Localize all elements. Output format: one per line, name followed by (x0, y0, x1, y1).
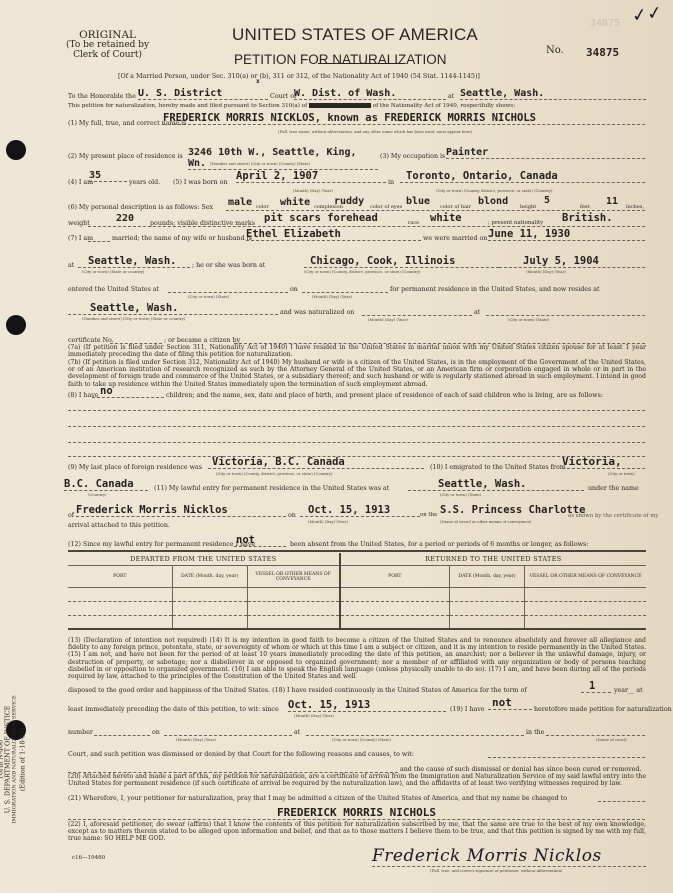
foreign-residence-hint: (City or town) (County, district, provin… (216, 471, 333, 476)
petition-number-label: number (68, 729, 93, 736)
court-of-label: Court of (270, 93, 296, 100)
entered-label: entered the United States at (68, 286, 159, 293)
emigrated-country-field: B.C. Canada (64, 478, 148, 491)
petition-number-blank (94, 735, 150, 736)
absence-field: not (234, 534, 286, 547)
table-cell (68, 602, 172, 616)
table-row (68, 588, 646, 602)
residence-term-text: disposed to the good order and happiness… (68, 687, 527, 694)
description-rule (226, 210, 645, 211)
paragraph-21-text: (21) Wherefore, I, your petitioner for n… (68, 795, 567, 802)
hair-field: blond (478, 196, 508, 207)
prior-petition-field: not (488, 696, 532, 710)
column-header: DATE (Month, day, year) (449, 566, 524, 588)
permanent-label: for permanent residence in the United St… (390, 286, 600, 293)
court-name-field: U. S. District (138, 88, 268, 100)
under-name-label: under the name (588, 485, 639, 492)
race-field: white (430, 212, 462, 224)
naturalized-place-blank (486, 315, 645, 316)
weight-label: weight (68, 220, 90, 227)
nat-at-label: at (474, 309, 480, 316)
in-label: in (388, 179, 394, 186)
emigrated-from-field: Victoria, (562, 455, 645, 469)
paragraph-7a: (7a) (If petition is filed under Section… (68, 344, 646, 358)
table-cell (340, 602, 450, 616)
country-hint: (Country) (88, 492, 107, 497)
returned-header: RETURNED TO THE UNITED STATES (340, 553, 646, 566)
paragraphs-13-17: (13) (Declaration of intention not requi… (68, 637, 646, 680)
spouse-born-label: ; he or she was born at (192, 262, 265, 269)
entered-on-label: on (290, 286, 298, 293)
paragraph-20: (20) Attached hereto and made a part of … (68, 773, 646, 787)
court-hint: (Name of court) (596, 737, 627, 742)
marriage-place-hint: (City or town) (State or country) (82, 269, 144, 274)
table-cell (525, 602, 646, 616)
of-label: of (68, 512, 74, 519)
entered-hint: (City or town) (State) (188, 294, 229, 299)
signature-line (372, 866, 646, 867)
prior-place-blank (306, 735, 524, 736)
naturalized-hint: (Month) (Day) (Year) (368, 317, 408, 322)
punch-hole (6, 315, 26, 335)
form-sidebar: Form N-406 U. S. DEPARTMENT OF JUSTICE I… (0, 679, 26, 839)
children-count-field: no (92, 385, 164, 398)
court-location-field: Seattle, Wash. (460, 88, 646, 100)
table-cell (172, 588, 247, 602)
color-field: white (280, 197, 310, 208)
entry-place-field: Seattle, Wash. (408, 478, 584, 491)
prior-at-label: at (294, 729, 300, 736)
marriage-date-field: June 11, 1930 (488, 228, 645, 241)
lawful-entry-label: (11) My lawful entry for permanent resid… (154, 485, 389, 492)
paragraph-7b: (7b) (If petition is filed under Section… (68, 359, 646, 388)
redaction-block (309, 103, 371, 108)
departed-header: DEPARTED FROM THE UNITED STATES (68, 553, 340, 566)
at-label: at (448, 93, 454, 100)
marks-field: pit scars forehead (264, 212, 378, 224)
height-feet-field: 5 (544, 195, 550, 206)
statute-reference: [Of a Married Person, under Sec. 310(a) … (118, 72, 480, 80)
full-name-field: FREDERICK MORRIS NICKLOS, known as FREDE… (163, 112, 645, 125)
petitioner-signature: Frederick Morris Nicklos (372, 846, 602, 866)
entry-date-field: Oct. 15, 1913 (300, 504, 420, 517)
description-rule-2 (88, 226, 645, 227)
on-the-label: on the (420, 512, 437, 518)
children-blank-line (68, 410, 645, 411)
column-header: PORT (340, 566, 450, 588)
children-blank-line (68, 442, 645, 443)
prior-petition-text: heretofore made petition for naturalizat… (534, 706, 672, 713)
occupation-label: (3) My occupation is (380, 153, 445, 160)
married-on-label: we were married on (423, 235, 487, 242)
since-hint: (Month) (Day) (Year) (294, 713, 334, 718)
spouse-name-field: Ethel Elizabeth (246, 228, 421, 241)
spouse-birthplace-field: Chicago, Cook, Illinois (304, 255, 499, 268)
spouse-birthplace-hint: (City or town) (County, district, provin… (304, 269, 421, 274)
court-to-label: To the Honorable the (68, 93, 136, 100)
residence-years-field: 1 (581, 680, 611, 693)
new-name-blank (598, 801, 645, 802)
table-cell (449, 588, 524, 602)
prior-petition-label: (19) I have (450, 706, 485, 713)
dismissed-blank (488, 757, 645, 758)
naturalized-label: and was naturalized on (280, 309, 354, 316)
column-header: PORT (68, 566, 172, 588)
entry-on-label: on (288, 512, 296, 519)
foreign-residence-label: (9) My last place of foreign residence w… (68, 464, 202, 471)
married-blank (88, 241, 110, 242)
absence-table: DEPARTED FROM THE UNITED STATES RETURNED… (68, 553, 646, 630)
number-label: No. (546, 45, 564, 56)
table-cell (68, 588, 172, 602)
column-header: DATE (Month, day, year) (172, 566, 247, 588)
edition: (Edition of 1-18-41) (19, 679, 26, 839)
print-code: c16—19460 (72, 855, 105, 861)
cured-text: and the cause of such dismissal or denia… (400, 766, 641, 773)
description-label: (6) My personal description is as follow… (68, 204, 213, 211)
residence-label: (2) My present place of residence is (68, 153, 183, 160)
original-notice: ORIGINAL (To be retained by Clerk of Cou… (66, 30, 149, 60)
column-header: VESSEL OR OTHER MEANS OF CONVEYANCE (525, 566, 646, 588)
absence-label: (12) Since my lawful entry for permanent… (68, 541, 255, 548)
dismissed-text: Court, and such petition was dismissed o… (68, 751, 414, 758)
entry-place-hint: (City or town) (State) (440, 492, 481, 497)
table-bottom-rule (68, 628, 646, 630)
children-text: children; and the name, sex, date and pl… (166, 392, 603, 399)
document-title: UNITED STATES OF AMERICA (232, 25, 478, 45)
original-label: ORIGINAL (66, 30, 149, 40)
faint-bleed-number: 34875 (590, 18, 620, 29)
retained-note-2: Clerk of Court) (66, 50, 149, 60)
table-cell (172, 602, 247, 616)
birth-place-field: Toronto, Ontario, Canada (400, 170, 645, 183)
birth-date-label: (5) I was born on (173, 179, 228, 186)
column-header: VESSEL OR OTHER MEANS OF CONVEYANCE (247, 566, 339, 588)
nationality-field: British. (562, 212, 613, 224)
court-name-blank (546, 735, 645, 736)
petition-document: ORIGINAL (To be retained by Clerk of Cou… (0, 0, 673, 893)
sex-field: male (228, 197, 252, 208)
punch-hole (6, 140, 26, 160)
married-at-label: at (68, 262, 74, 269)
years-at-label: year__ at (614, 687, 643, 694)
table-cell (340, 588, 450, 602)
signature-hint: (Full, true, and correct signature of pe… (430, 868, 562, 873)
table-cell (247, 602, 339, 616)
emigrated-from-hint: (City or town) (608, 471, 635, 476)
new-name-line: FREDERICK MORRIS NICHOLS (68, 806, 645, 820)
entered-date-hint: (Month) (Day) (Year) (312, 294, 352, 299)
complexion-field: ruddy (334, 196, 364, 207)
document-subtitle: PETITION FOR NATURALIZATION (234, 52, 447, 67)
table-cell (449, 602, 524, 616)
name-hint: (Full, true name, without abbreviation, … (278, 129, 472, 134)
table-cell (247, 588, 339, 602)
emigrated-from-label: (10) I emigrated to the United States fr… (430, 464, 566, 471)
birth-date-field: April 2, 1907 (236, 170, 386, 183)
prior-date-hint: (Month) (Day) (Year) (176, 737, 216, 742)
prior-on-label: on (152, 729, 160, 736)
department-name: U. S. DEPARTMENT OF JUSTICE (5, 679, 12, 839)
check-mark-icon: ✓✓ (631, 2, 664, 27)
spouse-birthdate-field: July 5, 1904 (499, 255, 645, 268)
in-the-label: in the (526, 729, 544, 736)
since-date-field: Oct. 15, 1913 (288, 699, 446, 712)
height-inches-field: 11 (606, 196, 618, 207)
naturalized-date-blank (362, 315, 472, 316)
residence-hint: (Number and street) (City or town) (Coun… (210, 161, 310, 166)
certificate-label: certificate No. (68, 337, 114, 344)
absence-text: been absent from the United States, for … (290, 541, 588, 548)
nat-at-hint: (City or town) (State) (508, 317, 549, 322)
table-cell (525, 588, 646, 602)
new-name-field: FREDERICK MORRIS NICHOLS (68, 806, 645, 820)
since-label: least immediately preceding the date of … (68, 706, 279, 713)
eyes-field: blue (406, 196, 430, 207)
foreign-residence-field: Victoria, B.C. Canada (208, 456, 424, 469)
children-blank-line (68, 426, 645, 427)
entry-name-field: Frederick Morris Nicklos (76, 504, 286, 517)
paragraph-22: (22) I, aforesaid petitioner, do swear (… (68, 821, 646, 843)
age-field: 35 (89, 170, 127, 182)
arrival-text: arrival attached to this petition. (68, 522, 645, 529)
entered-place-blank (168, 292, 288, 293)
marriage-place-field: Seattle, Wash. (78, 255, 190, 268)
birth-place-hint: (City or town) (County, district, provin… (436, 188, 553, 193)
spouse-name-label: married; the name of my wife or husband … (112, 235, 252, 242)
weight-field: 220 (116, 213, 134, 224)
district-field: W. Dist. of Wash. (294, 88, 446, 100)
citizen-by-label: ; or became a citizen by (164, 337, 240, 344)
entered-date-blank (302, 292, 388, 293)
spouse-residence-field: Seattle, Wash. (68, 302, 278, 315)
table-top-rule (68, 550, 646, 552)
table-row (68, 602, 646, 616)
x-mark: x (256, 78, 260, 85)
spouse-birthdate-hint: (Month) (Day) (Year) (526, 269, 566, 274)
retained-note-1: (To be retained by (66, 40, 149, 50)
birth-date-hint: (Month) (Day) (Year) (293, 188, 333, 193)
occupation-field: Painter (446, 147, 645, 159)
filing-text-start: This petition for naturalization, hereby… (68, 103, 307, 109)
vessel-field: S.S. Princess Charlotte (440, 504, 585, 516)
prior-date-blank (164, 735, 292, 736)
residence-field: 3246 10th W., Seattle, King, Wn. (188, 147, 378, 170)
certificate-text: as shown by the certificate of my (568, 513, 658, 519)
petition-number: 34875 (586, 46, 619, 59)
filing-text: This petition for naturalization, hereby… (68, 103, 645, 109)
prior-place-hint: (City or town) (County) (State) (332, 737, 391, 742)
spouse-residence-hint: (Number and street) (City or town) (Stat… (82, 316, 185, 321)
age-suffix: years old. (129, 179, 160, 186)
filing-text-end: of the Nationality Act of 1940, respectf… (373, 103, 515, 109)
